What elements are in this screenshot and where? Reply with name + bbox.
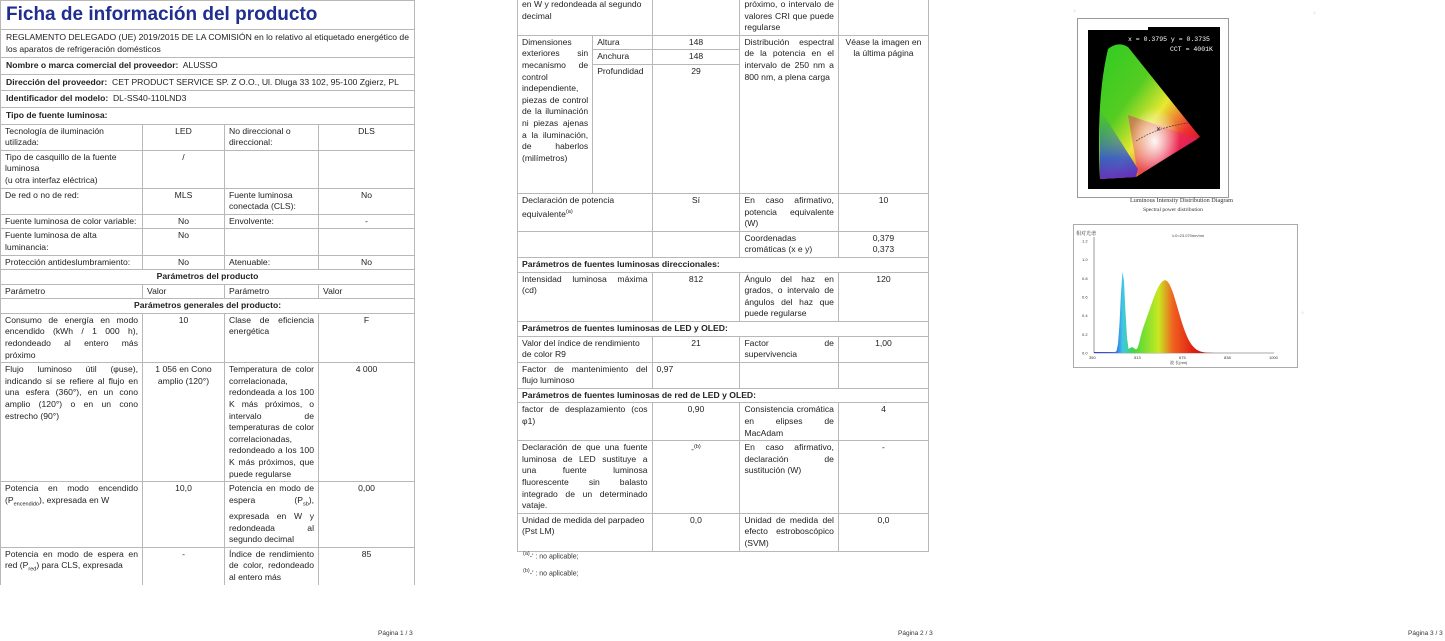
table-row: Factor de mantenimiento del flujo lumino…	[518, 362, 929, 388]
param-value: LED	[143, 124, 225, 150]
param-value	[838, 362, 928, 388]
table-row: Flujo luminoso útil (φuse), indicando si…	[1, 363, 415, 482]
led-oled-header: Parámetros de fuentes luminosas de LED y…	[518, 321, 929, 336]
page-number: Página 3 / 3	[1408, 630, 1443, 637]
table-row: Protección antideslumbramiento: No Atenu…	[1, 255, 415, 270]
watermark: ✧	[1312, 10, 1317, 17]
column-header: Parámetro	[225, 284, 319, 299]
table-row: en W y redondeada al segundo decimal pró…	[518, 0, 929, 35]
param-label: Factor de mantenimiento del flujo lumino…	[518, 362, 653, 388]
param-value: 0,3790,373	[838, 231, 928, 257]
table-row: Declaración de potencia equivalente(a) S…	[518, 193, 929, 231]
svg-text:1.0: 1.0	[1082, 257, 1088, 262]
label-text: ) para CLS, expresada	[36, 560, 122, 570]
param-value: 21	[652, 336, 740, 362]
spectral-label: Distribución espectral de la potencia en…	[740, 35, 839, 193]
table-row: Unidad de medida del parpadeo (Pst LM) 0…	[518, 513, 929, 551]
light-source-type-header: Tipo de fuente luminosa:	[1, 107, 415, 124]
svg-text:675: 675	[1179, 355, 1186, 360]
spd-x-ticks: 3505136758381000	[1089, 355, 1279, 360]
param-value: /	[143, 150, 225, 188]
param-value	[652, 231, 740, 257]
table-row: Tipo de casquillo de la fuente luminosa(…	[1, 150, 415, 188]
param-value: No	[319, 188, 415, 214]
dimensions-row: Dimensiones exteriores sin mecanismo de …	[518, 35, 929, 50]
param-value: -	[838, 441, 928, 514]
supplier-name: ALUSSO	[183, 60, 218, 70]
param-value: 812	[652, 272, 740, 321]
footnote-mark: (b)	[523, 568, 530, 574]
page-3: ✧ ✧ ✧ ✧	[960, 0, 1445, 641]
svg-text:350: 350	[1089, 355, 1096, 360]
param-label: Declaración de que una fuente luminosa d…	[518, 441, 653, 514]
param-label: Consumo de energía en modo encendido (kW…	[1, 313, 143, 362]
param-value: 10	[838, 193, 928, 231]
footnote-text: -' : no aplicable;	[530, 571, 579, 578]
cct-readout: CCT = 4001K	[1170, 46, 1213, 53]
param-value: -(b)	[652, 441, 740, 514]
cie-readout: x = 0.3795 y = 0.3735	[1128, 36, 1210, 43]
footnote: (b)-' : no aplicable;	[523, 564, 579, 581]
page-2: en W y redondeada al segundo decimal pró…	[515, 0, 950, 641]
table-row: Fuente luminosa de color variable: No En…	[1, 214, 415, 229]
footnotes: (a)-' : no aplicable; (b)-' : no aplicab…	[523, 547, 579, 582]
param-label: No direccional o direccional:	[225, 124, 319, 150]
param-label: Atenuable:	[225, 255, 319, 270]
spd-title: 相对光谱	[1076, 230, 1096, 237]
param-value: 1 056 en Cono amplio (120°)	[143, 363, 225, 482]
product-info-table-p2: en W y redondeada al segundo decimal pró…	[517, 0, 929, 552]
param-value: 120	[838, 272, 928, 321]
spd-chart-frame: 相对光谱 λ:0=23.070nm/nm 波 长(nm) 35051367583…	[1073, 224, 1298, 368]
svg-text:0.4: 0.4	[1082, 313, 1088, 318]
label-text: Potencia en modo de espera (P	[229, 483, 314, 505]
chroma-x: 0,379	[843, 233, 924, 245]
table-row: Potencia en modo encendido (Pencendido),…	[1, 482, 415, 548]
param-value: -	[143, 547, 225, 584]
page-1: Ficha de información del producto REGLAM…	[0, 0, 430, 641]
param-label: Coordenadas cromáticas (x e y)	[740, 231, 839, 257]
param-value: 10	[143, 313, 225, 362]
supplier-address-row: Dirección del proveedor: CET PRODUCT SER…	[1, 74, 415, 91]
param-label: factor de desplazamiento (cos φ1)	[518, 403, 653, 441]
param-value	[319, 229, 415, 255]
supplier-name-row: Nombre o marca comercial del proveedor: …	[1, 58, 415, 75]
supplier-address: CET PRODUCT SERVICE SP. Z O.O., Ul. Dlug…	[112, 77, 399, 87]
param-value: No	[143, 255, 225, 270]
column-header: Valor	[319, 284, 415, 299]
spectral-power-chart: 相对光谱 λ:0=23.070nm/nm 波 长(nm) 35051367583…	[1074, 225, 1297, 367]
svg-text:513: 513	[1134, 355, 1141, 360]
param-label-continued: próximo, o intervalo de valores CRI que …	[740, 0, 839, 35]
watermark: ✧	[1072, 8, 1077, 15]
param-value: 10,0	[143, 482, 225, 548]
table-row: Declaración de que una fuente luminosa d…	[518, 441, 929, 514]
page-number: Página 2 / 3	[898, 630, 933, 637]
param-label: Fuente luminosa de alta luminancia:	[1, 229, 143, 255]
param-value	[319, 150, 415, 188]
param-label: Intensidad luminosa máxima (cd)	[518, 272, 653, 321]
param-label-line: Tipo de casquillo de la fuente luminosa	[5, 152, 138, 175]
spd-y-ticks: 0.00.20.40.60.81.01.2	[1082, 239, 1088, 356]
cie-diagram-frame: ✕ x = 0.3795 y = 0.3735 CCT = 4001K	[1077, 18, 1229, 198]
label-subscript: encendido	[14, 502, 39, 508]
table-row: De red o no de red: MLS Fuente luminosa …	[1, 188, 415, 214]
param-label	[740, 362, 839, 388]
param-label: Declaración de potencia equivalente(a)	[518, 193, 653, 231]
mains-led-oled-header: Parámetros de fuentes luminosas de red d…	[518, 388, 929, 403]
param-value: 0,97	[652, 362, 740, 388]
param-value: 1,00	[838, 336, 928, 362]
table-row: Potencia en modo de espera en red (Pred)…	[1, 547, 415, 584]
page-number: Página 1 / 3	[378, 630, 413, 637]
param-value: Sí	[652, 193, 740, 231]
param-value: No	[143, 214, 225, 229]
watermark: ✧	[1300, 310, 1305, 317]
param-label: Protección antideslumbramiento:	[1, 255, 143, 270]
footnote-mark: (a)	[523, 551, 530, 557]
dimension-value: 148	[652, 35, 740, 50]
param-label: Valor del índice de rendimiento de color…	[518, 336, 653, 362]
svg-text:838: 838	[1224, 355, 1231, 360]
table-row: Fuente luminosa de alta luminancia: No	[1, 229, 415, 255]
model-row: Identificador del modelo: DL-SS40-110LND…	[1, 91, 415, 108]
model-label: Identificador del modelo:	[6, 93, 108, 103]
column-headers: Parámetro Valor Parámetro Valor	[1, 284, 415, 299]
svg-text:1000: 1000	[1269, 355, 1279, 360]
param-value: MLS	[143, 188, 225, 214]
param-value: -	[319, 214, 415, 229]
param-label: Fuente luminosa de color variable:	[1, 214, 143, 229]
model-identifier: DL-SS40-110LND3	[113, 93, 186, 103]
param-value: 0,90	[652, 403, 740, 441]
footnote-ref: (a)	[566, 209, 573, 215]
param-value	[652, 0, 740, 35]
param-label: Temperatura de color correlacionada, red…	[225, 363, 319, 482]
svg-text:1.2: 1.2	[1082, 239, 1088, 244]
footnote: (a)-' : no aplicable;	[523, 547, 579, 564]
param-label-continued: en W y redondeada al segundo decimal	[518, 0, 653, 35]
svg-text:0.0: 0.0	[1082, 351, 1088, 356]
column-header: Parámetro	[1, 284, 143, 299]
param-label: Unidad de medida del parpadeo (Pst LM)	[518, 513, 653, 551]
param-label: Potencia en modo de espera en red (Pred)…	[1, 547, 143, 584]
table-row: Consumo de energía en modo encendido (kW…	[1, 313, 415, 362]
param-label: Tecnología de iluminación utilizada:	[1, 124, 143, 150]
table-row: Coordenadas cromáticas (x e y) 0,3790,37…	[518, 231, 929, 257]
table-row: Tecnología de iluminación utilizada: LED…	[1, 124, 415, 150]
label-text: ), expresada en W	[39, 495, 109, 505]
param-value: F	[319, 313, 415, 362]
spectral-value: Véase la imagen en la última página	[838, 35, 928, 193]
param-label	[225, 229, 319, 255]
product-info-table-p1: Ficha de información del producto REGLAM…	[0, 0, 415, 585]
chroma-y: 0,373	[843, 244, 924, 256]
param-value: 85	[319, 547, 415, 584]
param-label: Tipo de casquillo de la fuente luminosa(…	[1, 150, 143, 188]
dimension-label: Altura	[593, 35, 652, 50]
footnote-text: -' : no aplicable;	[530, 553, 579, 560]
param-label: Factor de supervivencia	[740, 336, 839, 362]
param-label: Consistencia cromática en elipses de Mac…	[740, 403, 839, 441]
table-row: factor de desplazamiento (cos φ1) 0,90 C…	[518, 403, 929, 441]
param-label: En caso afirmativo, declaración de susti…	[740, 441, 839, 514]
param-label: Ángulo del haz en grados, o intervalo de…	[740, 272, 839, 321]
param-label-line: (u otra interfaz eléctrica)	[5, 175, 138, 187]
dimensions-label: Dimensiones exteriores sin mecanismo de …	[518, 35, 593, 193]
svg-text:0.6: 0.6	[1082, 295, 1088, 300]
cie-caption: Luminous Intensity Distribution Diagram	[1130, 197, 1233, 204]
general-params-header: Parámetros generales del producto:	[1, 299, 415, 314]
regulation-text: REGLAMENTO DELEGADO (UE) 2019/2015 DE LA…	[1, 30, 415, 58]
table-row: Intensidad luminosa máxima (cd) 812 Ángu…	[518, 272, 929, 321]
param-value: 0,0	[838, 513, 928, 551]
spd-annotation: λ:0=23.070nm/nm	[1172, 233, 1205, 238]
param-label	[225, 150, 319, 188]
cie-marker: ✕	[1156, 127, 1161, 133]
page-title: Ficha de información del producto	[1, 1, 415, 30]
param-value: 4	[838, 403, 928, 441]
supplier-name-label: Nombre o marca comercial del proveedor:	[6, 60, 178, 70]
param-label: Clase de eficiencia energética	[225, 313, 319, 362]
param-label: Flujo luminoso útil (φuse), indicando si…	[1, 363, 143, 482]
param-value: 0,0	[652, 513, 740, 551]
param-label: En caso afirmativo, potencia equivalente…	[740, 193, 839, 231]
supplier-address-label: Dirección del proveedor:	[6, 77, 107, 87]
product-params-header: Parámetros del producto	[1, 270, 415, 285]
param-value: DLS	[319, 124, 415, 150]
column-header: Valor	[143, 284, 225, 299]
dimension-label: Profundidad	[593, 64, 652, 193]
param-label: Unidad de medida del efecto estroboscópi…	[740, 513, 839, 551]
param-label: De red o no de red:	[1, 188, 143, 214]
table-row: Valor del índice de rendimiento de color…	[518, 336, 929, 362]
param-label: Índice de rendimiento de color, redondea…	[225, 547, 319, 584]
footnote-ref: (b)	[694, 444, 701, 450]
param-value: 4 000	[319, 363, 415, 482]
dimension-label: Anchura	[593, 50, 652, 65]
cie-chromaticity-diagram: ✕ x = 0.3795 y = 0.3735 CCT = 4001K	[1078, 19, 1228, 197]
param-label: Fuente luminosa conectada (CLS):	[225, 188, 319, 214]
param-value: No	[143, 229, 225, 255]
svg-text:0.2: 0.2	[1082, 332, 1088, 337]
dimension-value: 148	[652, 50, 740, 65]
param-label: Potencia en modo encendido (Pencendido),…	[1, 482, 143, 548]
param-value	[838, 0, 928, 35]
param-label: Envolvente:	[225, 214, 319, 229]
spd-caption: Spectral power distribution	[1143, 207, 1203, 213]
param-label: Potencia en modo de espera (Psb), expres…	[225, 482, 319, 548]
param-value: No	[319, 255, 415, 270]
directional-header: Parámetros de fuentes luminosas direccio…	[518, 257, 929, 272]
svg-text:0.8: 0.8	[1082, 276, 1088, 281]
param-label	[518, 231, 653, 257]
dimension-value: 29	[652, 64, 740, 193]
param-value: 0,00	[319, 482, 415, 548]
